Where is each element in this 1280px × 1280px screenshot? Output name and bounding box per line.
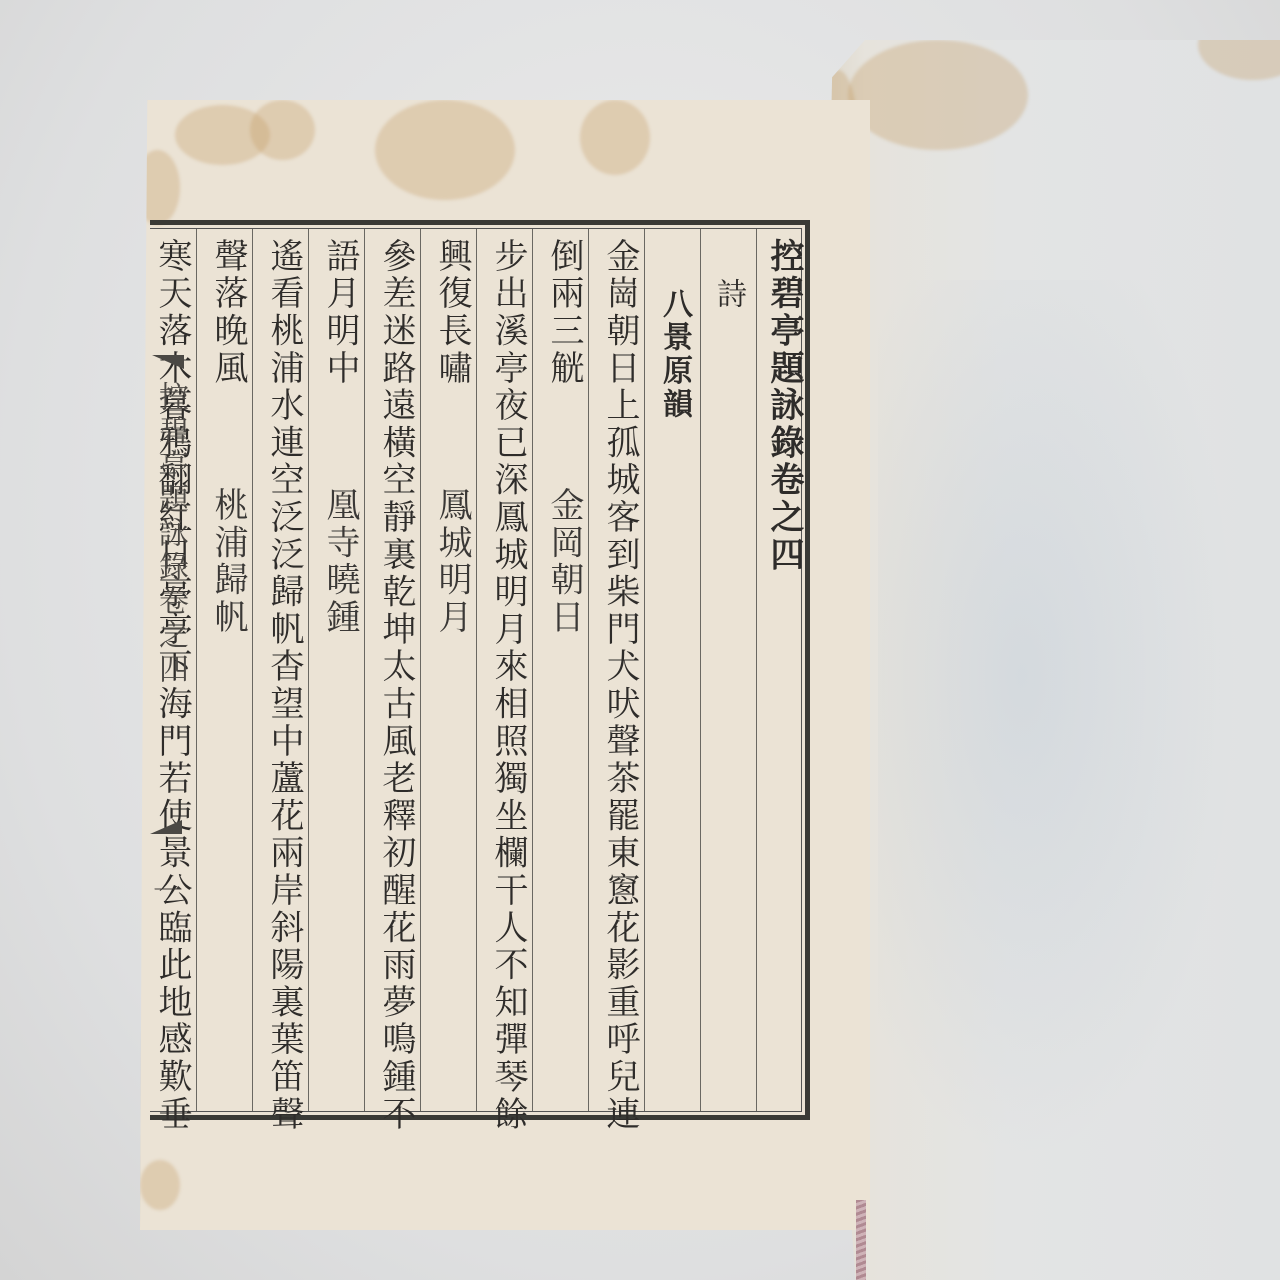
margin-title: 控碧亭題詠錄卷之四 — [152, 381, 188, 687]
section-heading: 詩 — [702, 278, 754, 1148]
poem-line: 遙看桃浦水連空泛泛歸帆杳望中蘆花兩岸斜陽裏葉笛聲 — [258, 238, 310, 1108]
column-rule — [756, 229, 757, 1111]
poem-line: 參差迷路遠橫空靜裏乾坤太古風老釋初醒花雨夢鳴鍾不 — [370, 238, 422, 1108]
poem-title: 八景原韻 — [648, 288, 700, 1158]
fish-tail-mark-icon — [150, 820, 182, 834]
poem-subtitle: 金岡朝日 — [544, 487, 584, 636]
poem-line-with-subtitle: 聲落晚風桃浦歸帆 — [202, 238, 254, 1108]
water-stain — [140, 1160, 180, 1210]
poem-subtitle: 凰寺曉鍾 — [320, 487, 360, 636]
poem-line-end: 倒兩三觥 — [544, 238, 584, 387]
poem-line-end: 興復長嘯 — [432, 238, 472, 387]
printed-border-frame: 控碧亭題詠錄卷之四 詩 八景原韻 金崗朝日上孤城客到柴門犬吠聲茶罷東窻花影重呼兒… — [150, 220, 810, 1120]
volume-title: 控碧亭題詠錄卷之四 — [758, 238, 810, 1108]
poem-subtitle: 鳳城明月 — [432, 487, 472, 636]
water-stain — [848, 40, 1028, 150]
poem-line-with-subtitle: 語月明中凰寺曉鍾 — [314, 238, 366, 1108]
poem-line-with-subtitle: 倒兩三觥金岡朝日 — [538, 238, 590, 1108]
poem-subtitle: 桃浦歸帆 — [208, 487, 248, 636]
poem-line: 步出溪亭夜已深鳳城明月來相照獨坐欄干人不知彈琴餘 — [482, 238, 534, 1108]
water-stain — [580, 100, 650, 175]
poem-line-end: 語月明中 — [320, 238, 360, 387]
faint-bleedthrough — [878, 280, 1238, 1160]
fish-tail-mark-icon — [152, 355, 184, 369]
border-line — [150, 220, 810, 225]
page-fold-margin: 控碧亭題詠錄卷之四 一 — [148, 345, 190, 1125]
poem-line-with-subtitle: 興復長嘯鳳城明月 — [426, 238, 478, 1108]
poem-line-end: 聲落晚風 — [208, 238, 248, 387]
page-number: 一 — [150, 875, 186, 905]
water-stain — [250, 100, 315, 160]
column-rule — [700, 229, 701, 1111]
water-stain — [375, 100, 515, 200]
poem-line: 金崗朝日上孤城客到柴門犬吠聲茶罷東窻花影重呼兒連 — [594, 238, 646, 1108]
bookmark-string — [856, 1200, 866, 1280]
right-page-blank — [818, 40, 1280, 1280]
